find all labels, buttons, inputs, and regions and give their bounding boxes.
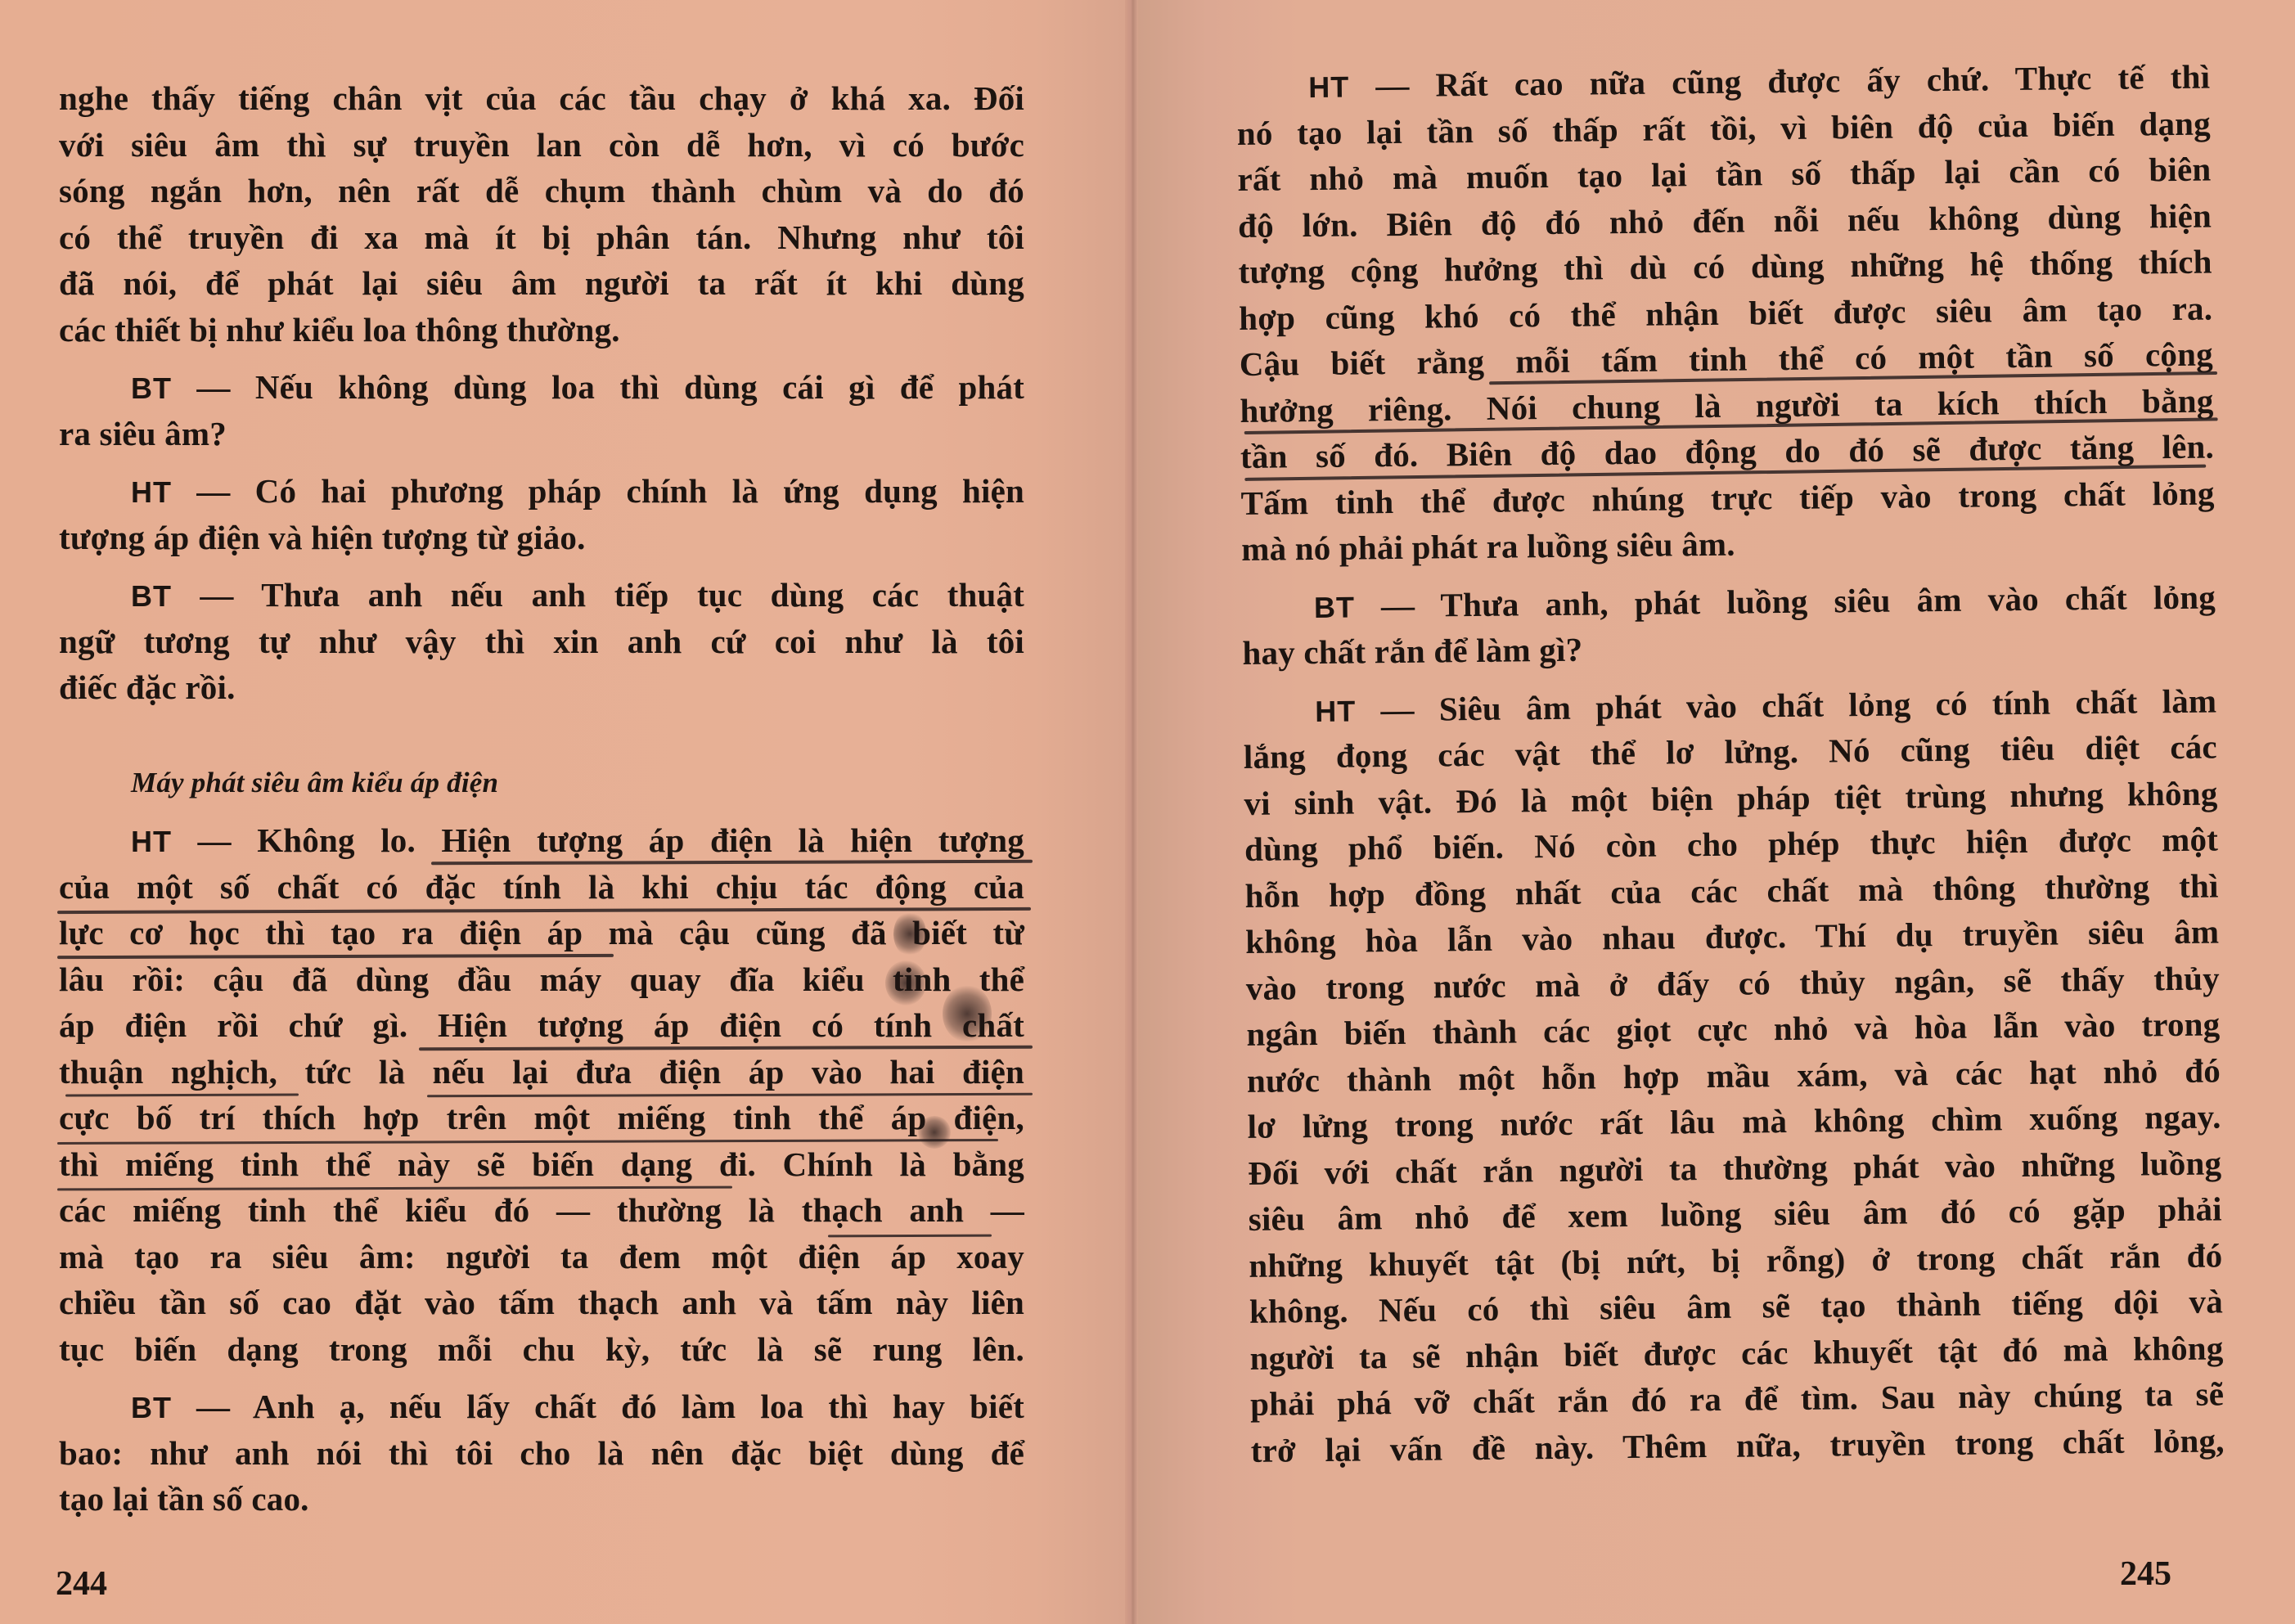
dialogue-text: — Có hai phương pháp chính là ứng dụng h… [196,472,1024,510]
speaker-label: BT [131,371,172,405]
dialogue-paragraph: BT — Thưa anh, phát luồng siêu âm vào ch… [1242,574,2216,676]
speaker-label: BT [131,579,172,613]
dialogue-text: — Nếu không dùng loa thì dùng cái gì để … [196,368,1024,406]
book-spread: nghe thấy tiếng chân vịt của các tầu chạ… [0,0,2295,1624]
ink-stain [885,960,926,1005]
text-line: chiều tần số cao đặt vào tấm thạch anh v… [59,1280,1024,1326]
dialogue-text: — Anh ạ, nếu lấy chất đó làm loa thì hay… [196,1388,1024,1425]
paragraph-gap [59,457,1024,468]
text-line: điếc đặc rồi. [59,664,1024,711]
dialogue-paragraph: BT — Nếu không dùng loa thì dùng cái gì … [59,364,1024,457]
text-line: thuận nghịch, tức là nếu lại đưa điện áp… [59,1049,1024,1095]
text-line: trở lại vấn đề này. Thêm nữa, truyền tro… [1250,1417,2225,1473]
dialogue-paragraph: HT — Không lo. Hiện tượng áp điện là hiệ… [59,817,1024,1372]
text-line: có thể truyền đi xa mà ít bị phân tán. N… [59,214,1024,261]
dialogue-paragraph: HT — Có hai phương pháp chính là ứng dụn… [59,468,1024,560]
dialogue-text: — Không lo. Hiện tượng áp điện là hiện t… [198,821,1025,859]
paragraph-gap [59,1372,1024,1383]
text-line: tục biến dạng trong mỗi chu kỳ, tức là s… [59,1326,1024,1373]
text-line: mà tạo ra siêu âm: người ta đem một điện… [59,1234,1024,1280]
dialogue-paragraph: BT — Thưa anh nếu anh tiếp tục dùng các … [59,572,1024,711]
ink-stain [918,1116,951,1149]
text-line: lực cơ học thì tạo ra điện áp mà cậu cũn… [59,910,1024,956]
text-line: ra siêu âm? [59,411,1024,457]
text-line: đã nói, để phát lại siêu âm người ta rất… [59,260,1024,307]
right-page: HT — Rất cao nữa cũng được ấy chứ. Thực … [1138,0,2295,1624]
text-line: HT — Không lo. Hiện tượng áp điện là hiệ… [59,817,1024,864]
left-page: nghe thấy tiếng chân vịt của các tầu chạ… [0,0,1125,1624]
dialogue-text: — Siêu âm phát vào chất lỏng có tính chấ… [1380,682,2216,728]
speaker-label: HT [1315,694,1356,728]
text-line: HT — Có hai phương pháp chính là ứng dụn… [59,468,1024,515]
text-line: thì miếng tinh thể này sẽ biến dạng đi. … [59,1141,1024,1188]
page-number: 244 [56,1564,107,1604]
book-gutter [1125,0,1138,1624]
text-line: lâu rồi: cậu đã dùng đầu máy quay đĩa ki… [59,956,1024,1003]
paragraph-gap [59,353,1024,364]
text-line: ngữ tương tự như vậy thì xin anh cứ coi … [59,619,1024,665]
dialogue-paragraph: HT — Rất cao nữa cũng được ấy chứ. Thực … [1236,54,2215,573]
page-number: 245 [2120,1554,2171,1594]
dialogue-text: — Thưa anh nếu anh tiếp tục dùng các thu… [200,576,1024,614]
paragraph-gap [59,806,1024,817]
text-line: tượng áp điện và hiện tượng từ giảo. [59,515,1024,561]
text-line: các thiết bị như kiểu loa thông thường. [59,307,1024,353]
left-page-text: nghe thấy tiếng chân vịt của các tầu chạ… [59,75,1024,1523]
text-line: của một số chất có đặc tính là khi chịu … [59,864,1024,911]
speaker-label: BT [1314,590,1355,624]
text-line: áp điện rồi chứ gì. Hiện tượng áp điện c… [59,1002,1024,1049]
text-line: cực bố trí thích hợp trên một miếng tinh… [59,1095,1024,1141]
speaker-label: HT [131,825,172,858]
text-line: với siêu âm thì sự truyền lan còn dễ hơn… [59,122,1024,169]
dialogue-text: — Thưa anh, phát luồng siêu âm vào chất … [1381,578,2216,624]
text-line: các miếng tinh thể kiểu đó — thường là t… [59,1187,1024,1234]
text-line: sóng ngắn hơn, nên rất dễ chụm thành chù… [59,168,1024,214]
section-heading: Máy phát siêu âm kiểu áp điện [59,760,1024,807]
text-line: BT — Thưa anh nếu anh tiếp tục dùng các … [59,572,1024,619]
paragraph-gap [59,560,1024,572]
speaker-label: BT [131,1391,172,1424]
speaker-label: HT [1308,70,1349,105]
speaker-label: HT [131,475,172,509]
text-line: tạo lại tần số cao. [59,1476,1024,1523]
text-line: BT — Nếu không dùng loa thì dùng cái gì … [59,364,1024,411]
text-line: nghe thấy tiếng chân vịt của các tầu chạ… [59,75,1024,122]
ink-stain [893,911,926,956]
dialogue-paragraph: BT — Anh ạ, nếu lấy chất đó làm loa thì … [59,1383,1024,1523]
right-page-text: HT — Rất cao nữa cũng được ấy chứ. Thực … [1236,54,2225,1473]
text-line: BT — Anh ạ, nếu lấy chất đó làm loa thì … [59,1383,1024,1430]
dialogue-text: — Rất cao nữa cũng được ấy chứ. Thực tế … [1375,58,2210,105]
dialogue-paragraph: HT — Siêu âm phát vào chất lỏng có tính … [1243,677,2225,1473]
text-line: bao: như anh nói thì tôi cho là nên đặc … [59,1430,1024,1477]
section-gap [59,711,1024,760]
ink-stain [943,985,992,1042]
